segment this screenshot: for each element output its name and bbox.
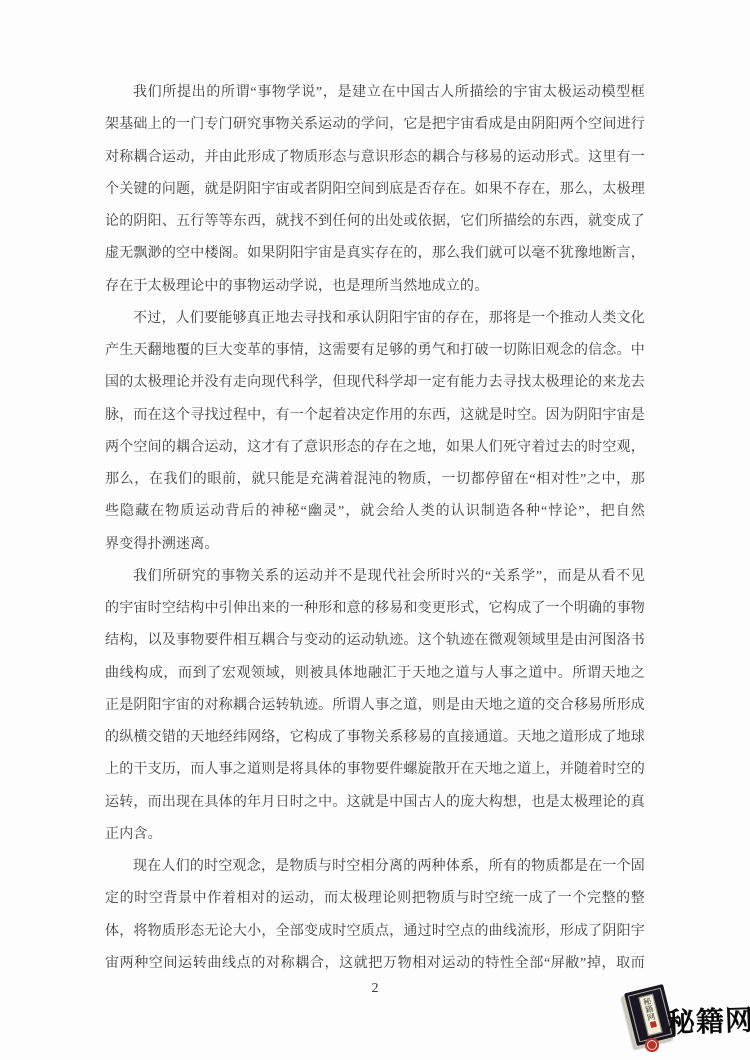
text-line: 存在于太极理论中的事物运动学说，也是理所当然地成立的。	[105, 271, 645, 303]
document-page: 我们所提出的所谓“事物学说”，是建立在中国古人所描绘的宇宙太极运动模型框 架基础…	[0, 0, 750, 1060]
text-line: 上的干支历，而人事之道则是将具体的事物要件螺旋散开在天地之道上，并随着时空的	[105, 754, 645, 786]
paragraph-2: 不过，人们要能够真正地去寻找和承认阴阳宇宙的存在，那将是一个推动人类文化 产生天…	[105, 303, 645, 561]
text-line: 体，将物质形态无论大小，全部变成时空质点，通过时空点的曲线流形，形成了阴阳宇	[105, 916, 645, 948]
text-line: 定的时空背景中作着相对的运动，而太极理论则把物质与时空统一成了一个完整的整	[105, 883, 645, 915]
text-line: 我们所研究的事物关系的运动并不是现代社会所时兴的“关系学”，而是从看不见	[105, 561, 645, 593]
text-line: 些隐藏在物质运动背后的神秘“幽灵”，就会给人类的认识制造各种“悖论”，把自然	[105, 496, 645, 528]
text-line: 那么，在我们的眼前，就只能是充满着混沌的物质，一切都停留在“相对性”之中，那	[105, 464, 645, 496]
text-line: 正是阴阳宇宙的对称耦合运转轨迹。所谓人事之道，则是由天地之道的交合移易所形成	[105, 690, 645, 722]
text-line: 界变得扑溯迷离。	[105, 529, 645, 561]
page-number: 2	[105, 981, 645, 997]
paragraph-3: 我们所研究的事物关系的运动并不是现代社会所时兴的“关系学”，而是从看不见 的宇宙…	[105, 561, 645, 851]
text-line: 个关键的问题，就是阴阳宇宙或者阴阳空间到底是否存在。如果不存在，那么，太极理	[105, 174, 645, 206]
body-text: 我们所提出的所谓“事物学说”，是建立在中国古人所描绘的宇宙太极运动模型框 架基础…	[105, 77, 645, 980]
text-line: 不过，人们要能够真正地去寻找和承认阴阳宇宙的存在，那将是一个推动人类文化	[105, 303, 645, 335]
text-line: 的纵横交错的天地经纬网络，它构成了事物关系移易的直接通道。天地之道形成了地球	[105, 722, 645, 754]
text-line: 虚无飘渺的空中楼阁。如果阴阳宇宙是真实存在的，那么我们就可以毫不犹豫地断言，	[105, 238, 645, 270]
site-name: 秘籍网	[666, 997, 750, 1050]
text-line: 运转，而出现在具体的年月日时之中。这就是中国古人的庞大构想，也是太极理论的真	[105, 787, 645, 819]
text-line: 曲线构成，而到了宏观领域，则被具体地融汇于天地之道与人事之道中。所谓天地之道，	[105, 658, 645, 690]
red-seal-icon	[645, 1038, 659, 1052]
text-line: 我们所提出的所谓“事物学说”，是建立在中国古人所描绘的宇宙太极运动模型框	[105, 77, 645, 109]
paragraph-1: 我们所提出的所谓“事物学说”，是建立在中国古人所描绘的宇宙太极运动模型框 架基础…	[105, 77, 645, 303]
text-line: 对称耦合运动，并由此形成了物质形态与意识形态的耦合与移易的运动形式。这里有一	[105, 142, 645, 174]
text-line: 脉，而在这个寻找过程中，有一个起着决定作用的东西，这就是时空。因为阴阳宇宙是	[105, 400, 645, 432]
text-line: 正内含。	[105, 819, 645, 851]
text-line: 架基础上的一门专门研究事物关系运动的学问，它是把宇宙看成是由阴阳两个空间进行	[105, 109, 645, 141]
text-line: 产生天翻地覆的巨大变革的事情，这需要有足够的勇气和打破一切陈旧观念的信念。中	[105, 335, 645, 367]
text-line: 宙两种空间运转曲线点的对称耦合，这就把万物相对运动的特性全部“屏敝”掉，取而	[105, 948, 645, 980]
text-line: 的宇宙时空结构中引伸出来的一种形和意的移易和变更形式，它构成了一个明确的事物	[105, 593, 645, 625]
text-line: 两个空间的耦合运动，这才有了意识形态的存在之地，如果人们死守着过去的时空观，	[105, 432, 645, 464]
mijiwang-watermark: 秘籍网 秘籍网	[623, 985, 750, 1060]
text-line: 结构，以及事物要件相互耦合与变动的运动轨迹。这个轨迹在微观领域里是由河图洛书	[105, 625, 645, 657]
paragraph-4: 现在人们的时空观念，是物质与时空相分离的两种体系，所有的物质都是在一个固 定的时…	[105, 851, 645, 980]
text-line: 论的阴阳、五行等等东西，就找不到任何的出处或依据，它们所描绘的东西，就变成了	[105, 206, 645, 238]
text-line: 国的太极理论并没有走向现代科学，但现代科学却一定有能力去寻找太极理论的来龙去	[105, 367, 645, 399]
book-label-seal-icon	[649, 1021, 656, 1028]
text-line: 现在人们的时空观念，是物质与时空相分离的两种体系，所有的物质都是在一个固	[105, 851, 645, 883]
